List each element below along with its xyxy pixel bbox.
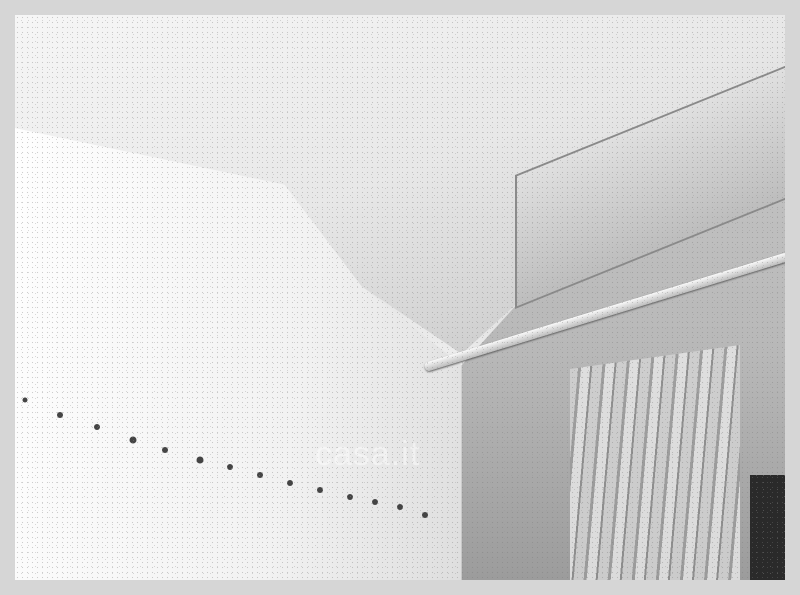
room-photo: casa.it: [15, 15, 785, 580]
watermark: casa.it: [315, 435, 420, 474]
film-grain: [15, 15, 785, 580]
